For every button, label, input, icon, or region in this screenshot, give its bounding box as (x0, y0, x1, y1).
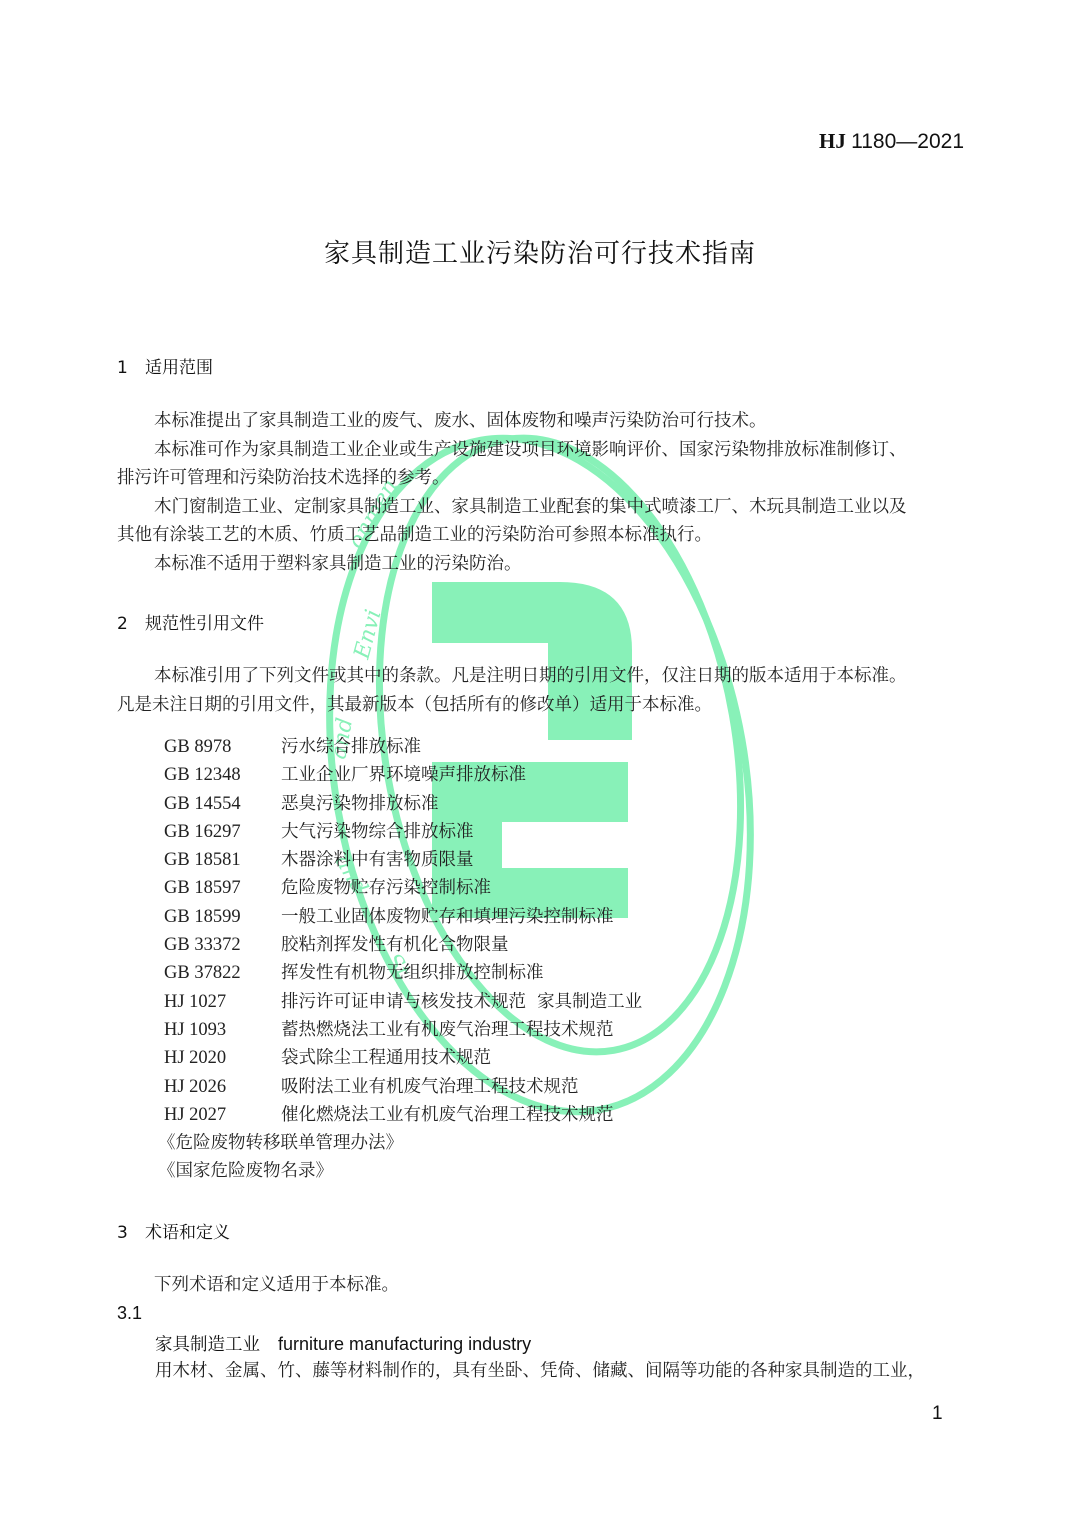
reference-code: HJ 2020 (164, 1044, 281, 1072)
reference-item: GB 16297大气污染物综合排放标准 (164, 818, 642, 846)
paragraph: 下列术语和定义适用于本标准。 (117, 1271, 967, 1300)
reference-code: GB 18597 (164, 874, 281, 902)
reference-name: 胶粘剂挥发性有机化合物限量 (281, 931, 509, 959)
paragraph-continuation: 排污许可管理和污染防治技术选择的参考。 (117, 464, 967, 493)
page-number: 1 (932, 1403, 943, 1425)
paragraph: 本标准可作为家具制造工业企业或生产设施建设项目环境影响评价、国家污染物排放标准制… (117, 436, 967, 465)
term-english: furniture manufacturing industry (278, 1334, 531, 1354)
term-definition: 用木材、金属、竹、藤等材料制作的，具有坐卧、凭倚、储藏、间隔等功能的各种家具制造… (155, 1357, 925, 1382)
reference-name: 袋式除尘工程通用技术规范 (281, 1044, 491, 1072)
standard-prefix: HJ (819, 129, 846, 153)
reference-item: GB 18597危险废物贮存污染控制标准 (164, 874, 642, 902)
reference-name: 污水综合排放标准 (281, 733, 421, 761)
reference-name: 危险废物贮存污染控制标准 (281, 874, 491, 902)
section-heading-1: 1适用范围 (117, 353, 213, 378)
section-title: 术语和定义 (145, 1223, 230, 1243)
standard-code: HJ 1180—2021 (819, 129, 964, 154)
term-title: 家具制造工业furniture manufacturing industry (155, 1331, 531, 1356)
paragraph: 本标准提出了家具制造工业的废气、废水、固体废物和噪声污染防治可行技术。 (117, 407, 967, 436)
section-number: 1 (117, 358, 145, 378)
section-heading-3: 3术语和定义 (117, 1218, 230, 1243)
paragraph: 本标准引用了下列文件或其中的条款。凡是注明日期的引用文件，仅注日期的版本适用于本… (117, 662, 967, 691)
reference-item: GB 18581木器涂料中有害物质限量 (164, 846, 642, 874)
reference-item: HJ 2027催化燃烧法工业有机废气治理工程技术规范 (164, 1101, 642, 1129)
reference-code: GB 14554 (164, 790, 281, 818)
reference-code: GB 12348 (164, 761, 281, 789)
document-page: Envi onmen and and St HJ 1180—2021 家具制造工… (0, 0, 1080, 1528)
reference-code: HJ 1093 (164, 1016, 281, 1044)
term-number: 3.1 (117, 1303, 142, 1324)
reference-name: 恶臭污染物排放标准 (281, 790, 439, 818)
paragraph-continuation: 凡是未注日期的引用文件，其最新版本（包括所有的修改单）适用于本标准。 (117, 691, 967, 720)
term-chinese: 家具制造工业 (155, 1335, 260, 1355)
section-number: 2 (117, 614, 145, 634)
reference-code: GB 33372 (164, 931, 281, 959)
section-1-body: 本标准提出了家具制造工业的废气、废水、固体废物和噪声污染防治可行技术。 本标准可… (117, 407, 967, 578)
reference-item: GB 8978污水综合排放标准 (164, 733, 642, 761)
reference-item: HJ 1093蓄热燃烧法工业有机废气治理工程技术规范 (164, 1016, 642, 1044)
section-number: 3 (117, 1223, 145, 1243)
standard-number: 1180—2021 (851, 130, 964, 153)
section-heading-2: 2规范性引用文件 (117, 609, 264, 634)
reference-name: 木器涂料中有害物质限量 (281, 846, 474, 874)
reference-item: HJ 1027排污许可证申请与核发技术规范 家具制造工业 (164, 988, 642, 1016)
reference-item: HJ 2020袋式除尘工程通用技术规范 (164, 1044, 642, 1072)
reference-item: GB 14554恶臭污染物排放标准 (164, 790, 642, 818)
reference-code: GB 18599 (164, 903, 281, 931)
reference-item: GB 33372胶粘剂挥发性有机化合物限量 (164, 931, 642, 959)
reference-name: 排污许可证申请与核发技术规范 家具制造工业 (281, 988, 642, 1016)
section-title: 适用范围 (145, 358, 213, 378)
reference-name: 一般工业固体废物贮存和填埋污染控制标准 (281, 903, 614, 931)
reference-item: GB 18599一般工业固体废物贮存和填埋污染控制标准 (164, 903, 642, 931)
reference-code: GB 16297 (164, 818, 281, 846)
paragraph-continuation: 其他有涂装工艺的木质、竹质工艺品制造工业的污染防治可参照本标准执行。 (117, 521, 967, 550)
reference-name: 工业企业厂界环境噪声排放标准 (281, 761, 526, 789)
reference-item: GB 37822挥发性有机物无组织排放控制标准 (164, 959, 642, 987)
reference-code: HJ 2027 (164, 1101, 281, 1129)
reference-name: 吸附法工业有机废气治理工程技术规范 (281, 1073, 579, 1101)
regulation-item: 《国家危险废物名录》 (158, 1157, 642, 1185)
reference-code: GB 18581 (164, 846, 281, 874)
section-3-body: 下列术语和定义适用于本标准。 (117, 1271, 967, 1300)
reference-code: HJ 1027 (164, 988, 281, 1016)
document-title: 家具制造工业污染防治可行技术指南 (0, 233, 1080, 270)
regulation-item: 《危险废物转移联单管理办法》 (158, 1129, 642, 1157)
reference-name: 大气污染物综合排放标准 (281, 818, 474, 846)
reference-item: GB 12348工业企业厂界环境噪声排放标准 (164, 761, 642, 789)
reference-item: HJ 2026吸附法工业有机废气治理工程技术规范 (164, 1073, 642, 1101)
reference-code: GB 8978 (164, 733, 281, 761)
reference-name: 蓄热燃烧法工业有机废气治理工程技术规范 (281, 1016, 614, 1044)
reference-code: GB 37822 (164, 959, 281, 987)
section-title: 规范性引用文件 (145, 614, 264, 634)
paragraph: 木门窗制造工业、定制家具制造工业、家具制造工业配套的集中式喷漆工厂、木玩具制造工… (117, 493, 967, 522)
section-2-body: 本标准引用了下列文件或其中的条款。凡是注明日期的引用文件，仅注日期的版本适用于本… (117, 662, 967, 719)
reference-list: GB 8978污水综合排放标准 GB 12348工业企业厂界环境噪声排放标准 G… (164, 733, 642, 1186)
paragraph: 本标准不适用于塑料家具制造工业的污染防治。 (117, 550, 967, 579)
reference-name: 挥发性有机物无组织排放控制标准 (281, 959, 544, 987)
reference-code: HJ 2026 (164, 1073, 281, 1101)
reference-name: 催化燃烧法工业有机废气治理工程技术规范 (281, 1101, 614, 1129)
